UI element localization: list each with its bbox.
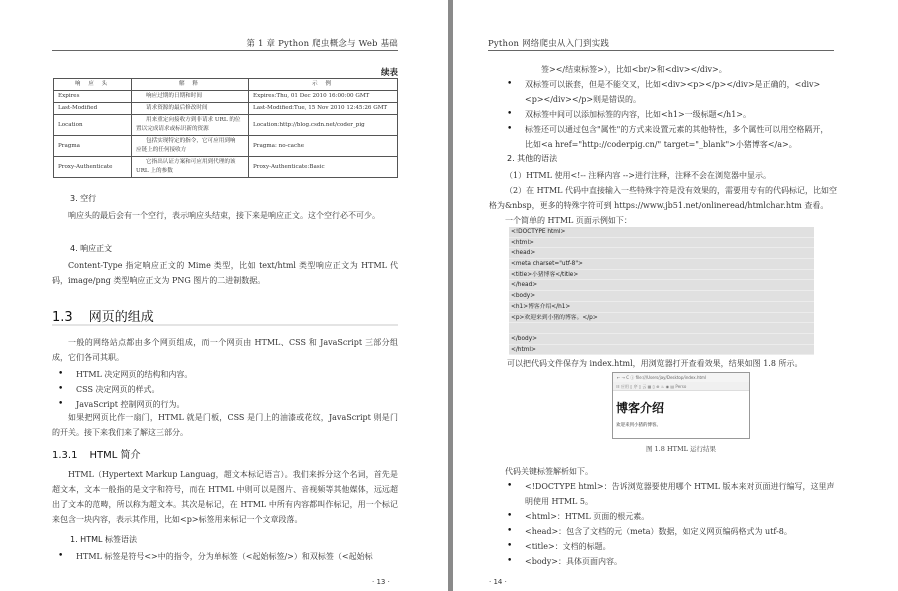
right-page: Python 网络爬虫从入门到实践 签></结束标签>），比如<br/>和<di… bbox=[453, 0, 898, 591]
continued-text: 签></结束标签>），比如<br/>和<div></div>。 bbox=[541, 62, 841, 77]
browser-bookmarks-bar: ☷ 应用 ▯ 序 ▯ 云 ▦ ▯ ⊕ ♨ ◉ ▤ Perso bbox=[613, 382, 749, 391]
list-item: 双标签中间可以添加标签的内容，比如<h1>一级标题</h1>。 bbox=[505, 107, 835, 122]
code-line: <h1>博客介绍</h1> bbox=[509, 302, 814, 313]
table-cell: Pragma: no-cache bbox=[249, 136, 398, 157]
paragraph-intro: 一般的网络站点都由多个网页组成，而一个网页由 HTML、CSS 和 JavaSc… bbox=[52, 335, 398, 365]
rendered-paragraph: 欢迎来到小猪的博客。 bbox=[613, 416, 749, 428]
subsection-title-text: HTML 简介 bbox=[89, 450, 140, 461]
browser-address-bar: ← → C ⓘ file:///Users/jay/Desktop/index.… bbox=[613, 373, 749, 382]
table-header-cell: 示 例 bbox=[249, 79, 398, 91]
table-row: Proxy-Authenticate 它指出认证方案和可应用到代理的该URL 上… bbox=[54, 157, 398, 178]
table-cell: Proxy-Authenticate:Basic bbox=[249, 157, 398, 178]
code-line bbox=[509, 323, 814, 334]
header-rule bbox=[488, 50, 834, 51]
table-row: Location 用来重定向接收方到非请求 URL 的位置以完成请求或标识新的资… bbox=[54, 115, 398, 136]
table-cell: Last-Modified bbox=[54, 103, 132, 115]
code-line: <meta charset="utf-8"> bbox=[509, 259, 814, 270]
table-cell: Location:http://blog.csdn.net/coder_pig bbox=[249, 115, 398, 136]
table-row: Pragma 包括实现特定的指令，它可应用到响应链上的任何接收方 Pragma:… bbox=[54, 136, 398, 157]
paragraph-comment-syntax: （1）HTML 使用<!-- 注释内容 -->进行注释，注释不会在浏览器中显示。 bbox=[505, 168, 837, 183]
list-item: 标签还可以通过包含"属性"的方式来设置元素的其他特性，多个属性可以用空格隔开，比… bbox=[505, 122, 835, 152]
paragraph-door-analogy: 如果把网页比作一扇门，HTML 就是门板，CSS 是门上的油漆或花纹，JavaS… bbox=[52, 410, 398, 440]
list-item: <!DOCTYPE html>：告诉浏览器要使用哪个 HTML 版本来对页面进行… bbox=[505, 479, 837, 509]
code-line: <body> bbox=[509, 291, 814, 302]
syntax-heading: 1. HTML 标签语法 bbox=[70, 534, 137, 545]
page-number: · 14 · bbox=[489, 578, 507, 586]
table-continued-label: 续表 bbox=[52, 66, 398, 78]
table-header-cell: 解 释 bbox=[132, 79, 249, 91]
section-rule bbox=[52, 324, 398, 326]
other-syntax-heading: 2. 其他的语法 bbox=[507, 153, 557, 164]
rendered-h1: 博客介绍 bbox=[613, 391, 749, 416]
table-cell: 用来重定向接收方到非请求 URL 的位置以完成请求或标识新的资源 bbox=[132, 115, 249, 136]
subsection-title: 1.3.1HTML 简介 bbox=[52, 446, 140, 461]
response-header-table: 响 应 头 解 释 示 例 Expires 响应过期的日期和时间 Expires… bbox=[53, 78, 398, 178]
section-title-text: 网页的组成 bbox=[89, 310, 154, 325]
code-line: </head> bbox=[509, 280, 814, 291]
section-number: 1.3 bbox=[52, 310, 73, 325]
analysis-intro: 代码关键标签解析如下。 bbox=[505, 464, 835, 479]
tag-analysis-bullet-list: <!DOCTYPE html>：告诉浏览器要使用哪个 HTML 版本来对页面进行… bbox=[505, 479, 837, 569]
paragraph-blank-line: 响应头的最后会有一个空行，表示响应头结束，接下来是响应正文。这个空行必不可少。 bbox=[52, 208, 398, 223]
left-page: 第 1 章 Python 爬虫概念与 Web 基础 续表 响 应 头 解 释 示… bbox=[0, 0, 448, 591]
table-cell: Pragma bbox=[54, 136, 132, 157]
table-cell: Expires:Thu, 01 Dec 2010 16:00:00 GMT bbox=[249, 91, 398, 103]
example-intro: 一个简单的 HTML 页面示例如下： bbox=[505, 213, 835, 228]
table-cell: Proxy-Authenticate bbox=[54, 157, 132, 178]
paragraph-special-chars: （2）在 HTML 代码中直接输入一些特殊字符是没有效果的，需要用专有的代码标记… bbox=[489, 183, 837, 213]
page-number: · 13 · bbox=[372, 578, 390, 586]
code-line: </html> bbox=[509, 345, 814, 356]
list-item: <title>：文档的标题。 bbox=[505, 539, 837, 554]
list-item: <html>：HTML 页面的根元素。 bbox=[505, 509, 837, 524]
subsection-number: 1.3.1 bbox=[52, 450, 77, 461]
code-line: <html> bbox=[509, 238, 814, 249]
figure-browser-screenshot: ← → C ⓘ file:///Users/jay/Desktop/index.… bbox=[612, 372, 750, 439]
code-block: <!DOCTYPE html> <html> <head> <meta char… bbox=[509, 227, 814, 355]
section-heading-blank-line: 3. 空行 bbox=[70, 193, 96, 204]
paragraph-html-intro: HTML（Hypertext Markup Languag，超文本标记语言）。我… bbox=[52, 467, 398, 527]
code-line: <head> bbox=[509, 248, 814, 259]
table-row: Last-Modified 请求资源的最后修改时间 Last-Modified:… bbox=[54, 103, 398, 115]
figure-caption: 图 1.8 HTML 运行结果 bbox=[612, 444, 750, 453]
code-line: <!DOCTYPE html> bbox=[509, 227, 814, 238]
section-title: 1.3网页的组成 bbox=[52, 306, 154, 325]
table-cell: 请求资源的最后修改时间 bbox=[132, 103, 249, 115]
table-cell: 它指出认证方案和可应用到代理的该URL 上的参数 bbox=[132, 157, 249, 178]
table-cell: Expires bbox=[54, 91, 132, 103]
list-item: <body>：具体页面内容。 bbox=[505, 554, 837, 569]
list-item: CSS 决定网页的样式。 bbox=[56, 382, 396, 397]
table-header-row: 响 应 头 解 释 示 例 bbox=[54, 79, 398, 91]
section-heading-response-body: 4. 响应正文 bbox=[70, 243, 112, 254]
list-item: 双标签可以嵌套，但是不能交叉，比如<div><p></p></div>是正确的，… bbox=[505, 77, 835, 107]
code-line: <title>小猪博客</title> bbox=[509, 270, 814, 281]
table-row: Expires 响应过期的日期和时间 Expires:Thu, 01 Dec 2… bbox=[54, 91, 398, 103]
table-cell: 包括实现特定的指令，它可应用到响应链上的任何接收方 bbox=[132, 136, 249, 157]
intro-bullet-list: HTML 决定网页的结构和内容。 CSS 决定网页的样式。 JavaScript… bbox=[56, 367, 396, 412]
list-item: HTML 标签是符号<>中的指令，分为单标签（<起始标签/>）和双标签（<起始标 bbox=[56, 549, 398, 564]
running-head: Python 网络爬虫从入门到实践 bbox=[488, 37, 834, 51]
running-head: 第 1 章 Python 爬虫概念与 Web 基础 bbox=[52, 37, 398, 51]
code-line: </body> bbox=[509, 334, 814, 345]
list-item: <head>：包含了文档的元（meta）数据，如定义网页编码格式为 utf-8。 bbox=[505, 524, 837, 539]
tag-rules-bullet-list: 双标签可以嵌套，但是不能交叉，比如<div><p></p></div>是正确的，… bbox=[505, 77, 835, 152]
save-instructions: 可以把代码文件保存为 index.html，用浏览器打开查看效果，结果如图 1.… bbox=[507, 356, 837, 371]
paragraph-response-body: Content-Type 指定响应正文的 Mime 类型，比如 text/htm… bbox=[52, 258, 398, 288]
syntax-bullet-list: HTML 标签是符号<>中的指令，分为单标签（<起始标签/>）和双标签（<起始标 bbox=[56, 549, 398, 564]
header-rule bbox=[52, 50, 398, 51]
table-cell: Last-Modified:Tue, 15 Nov 2010 12:45:26 … bbox=[249, 103, 398, 115]
code-line: <p>欢迎来到小猪的博客。</p> bbox=[509, 313, 814, 324]
table-header-cell: 响 应 头 bbox=[54, 79, 132, 91]
table-cell: 响应过期的日期和时间 bbox=[132, 91, 249, 103]
list-item: HTML 决定网页的结构和内容。 bbox=[56, 367, 396, 382]
table-cell: Location bbox=[54, 115, 132, 136]
